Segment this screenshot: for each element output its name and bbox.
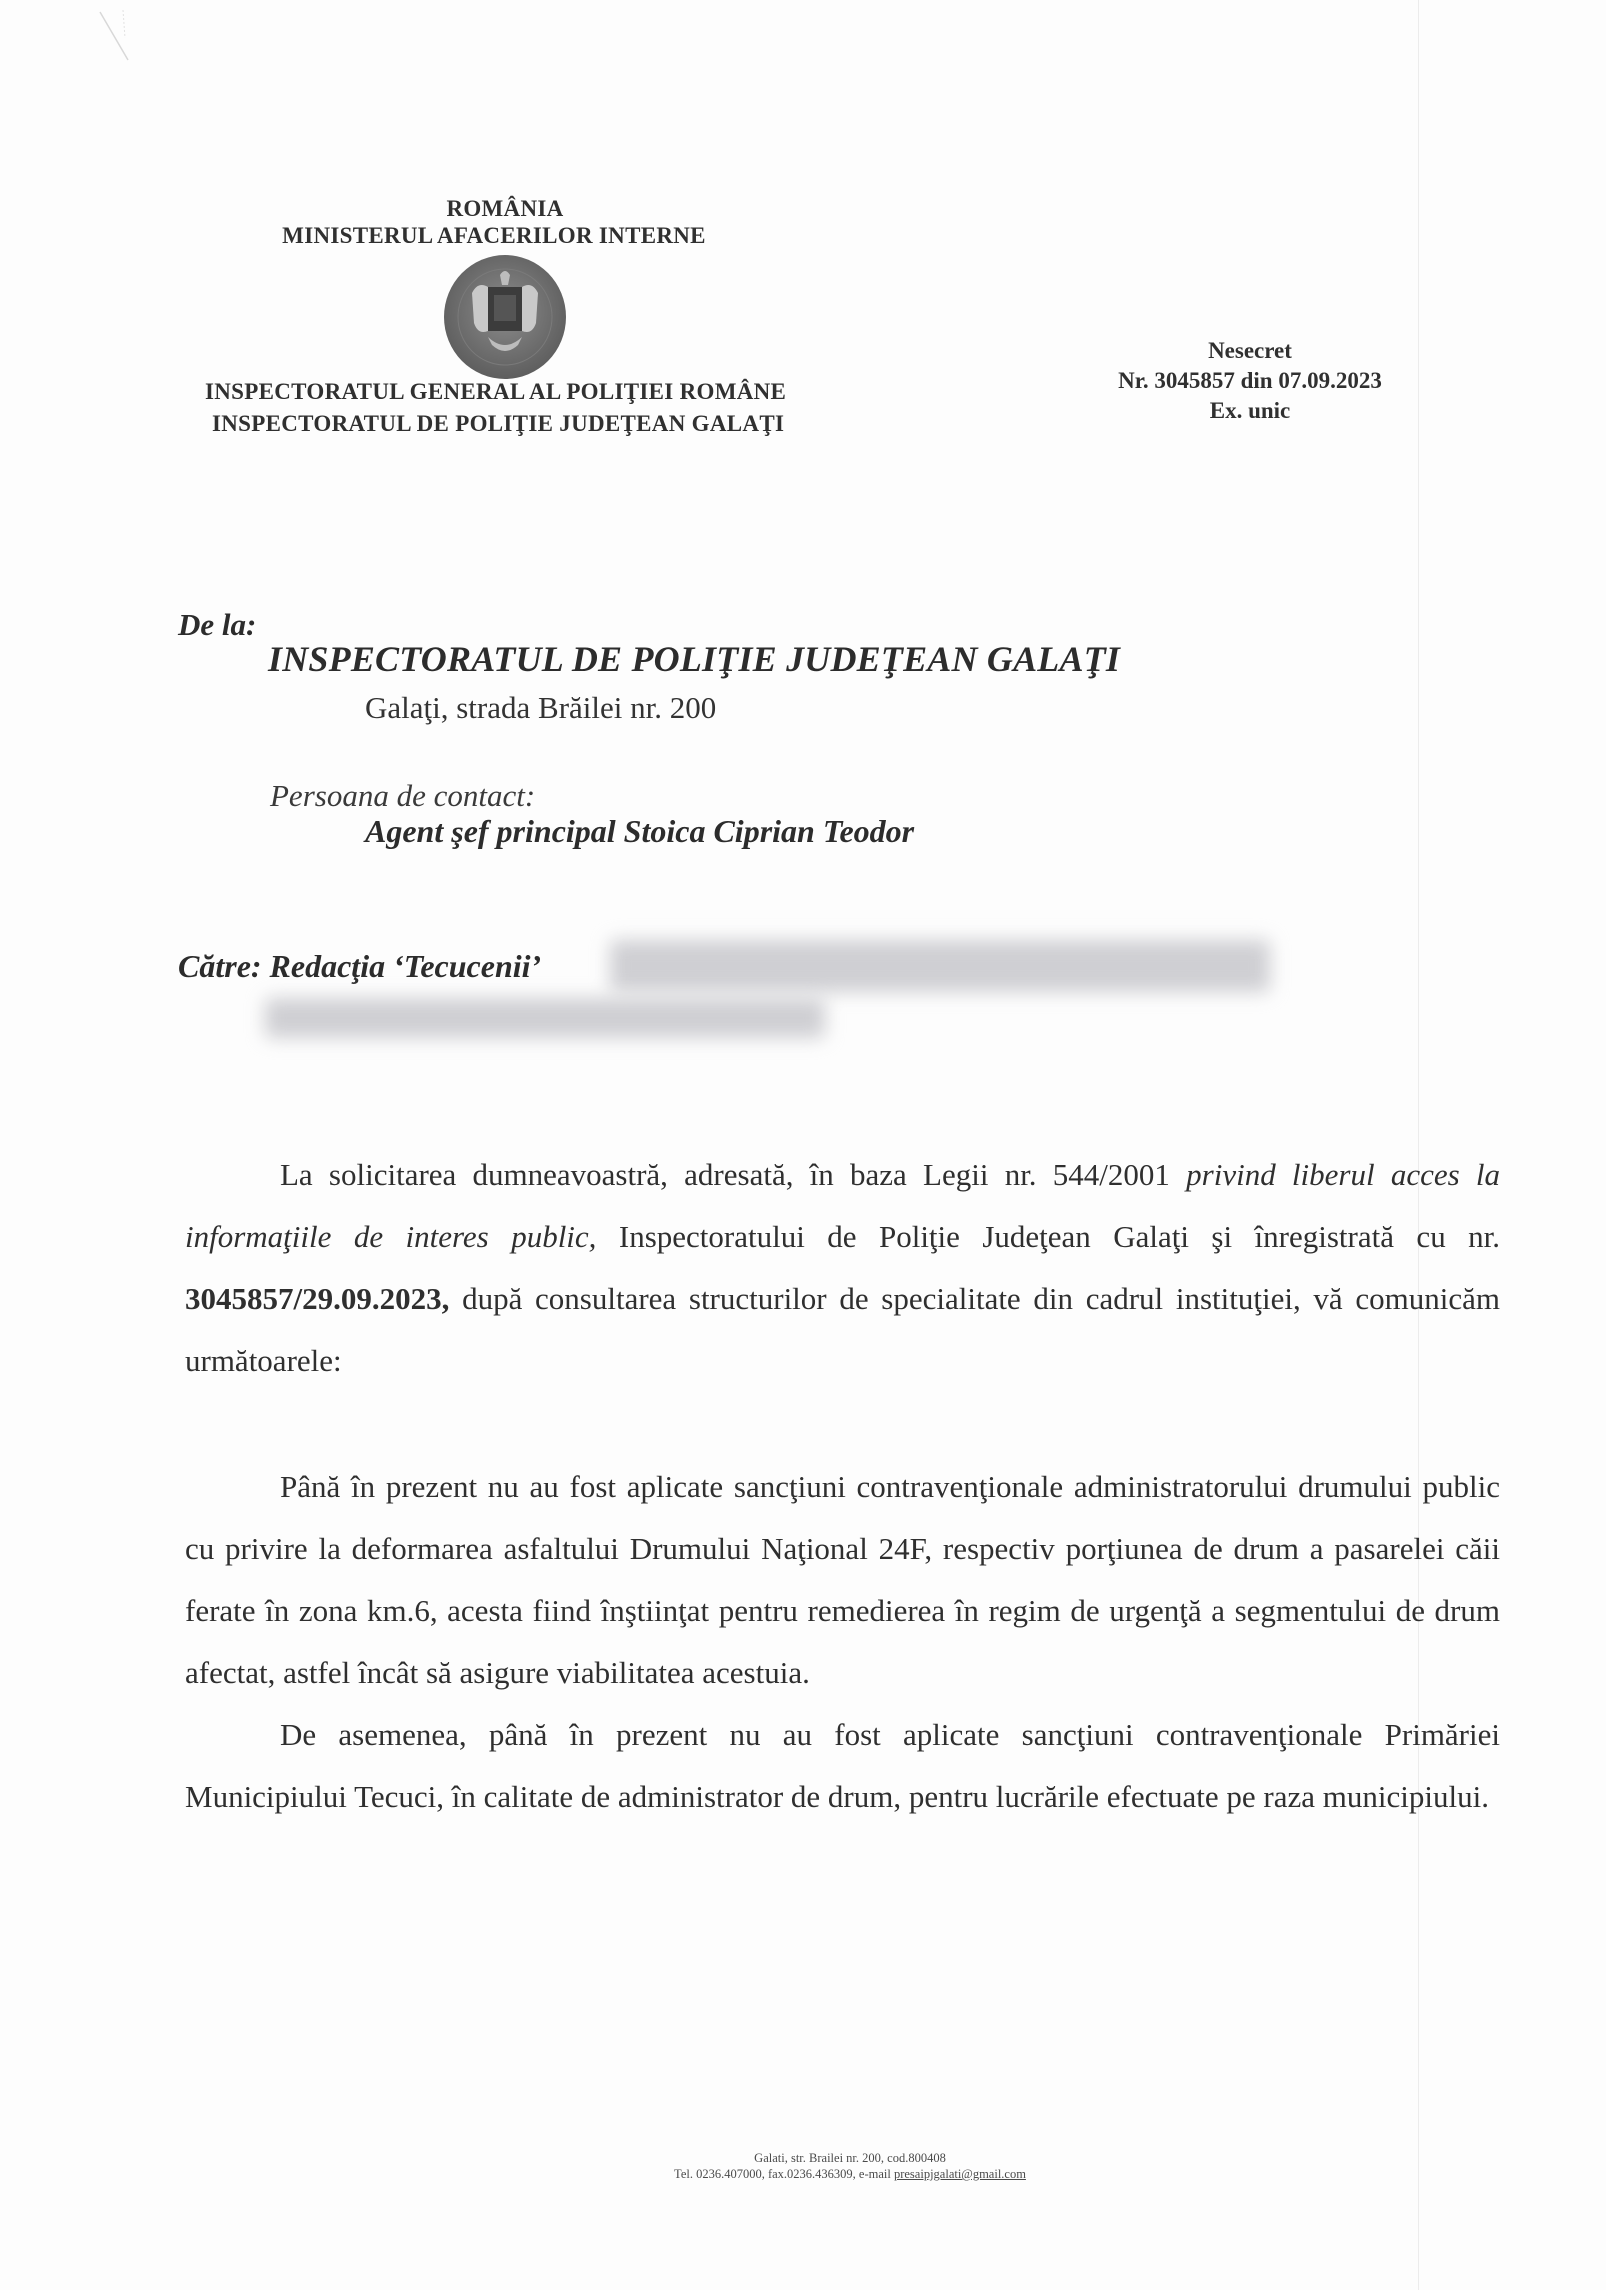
contact-name: Agent şef principal Stoica Ciprian Teodo…: [365, 813, 914, 850]
ministry-coat-of-arms-icon: [442, 253, 568, 381]
sender-label: De la:: [178, 607, 256, 643]
header-ministry: MINISTERUL AFACERILOR INTERNE: [282, 223, 706, 249]
sender-organization: INSPECTORATUL DE POLIŢIE JUDEŢEAN GALAŢI: [268, 638, 1120, 680]
paragraph-dn24f: Până în prezent nu au fost aplicate sanc…: [185, 1456, 1500, 1704]
redacted-recipient-email: [265, 998, 825, 1038]
classification-level: Nesecret: [1118, 336, 1382, 366]
letter-body: La solicitarea dumneavoastră, adresată, …: [185, 1144, 1500, 1828]
registration-number: 3045857/29.09.2023,: [185, 1281, 449, 1316]
header-country: ROMÂNIA: [446, 196, 563, 222]
copy-count: Ex. unic: [1118, 396, 1382, 426]
document-number: Nr. 3045857 din 07.09.2023: [1118, 366, 1382, 396]
footer-address: Galati, str. Brailei nr. 200, cod.800408: [674, 2150, 1026, 2166]
header-org-line-2: INSPECTORATUL DE POLIŢIE JUDEŢEAN GALAŢI: [212, 411, 784, 437]
footer-email-link[interactable]: presaipjgalati@gmail.com: [894, 2167, 1026, 2181]
sender-address: Galaţi, strada Brăilei nr. 200: [365, 690, 716, 726]
paragraph-tecuci: De asemenea, până în prezent nu au fost …: [185, 1704, 1500, 1828]
classification-block: Nesecret Nr. 3045857 din 07.09.2023 Ex. …: [1118, 336, 1382, 426]
recipient-line: Către: Redacţia ‘Tecucenii’: [178, 948, 541, 985]
contact-label: Persoana de contact:: [270, 778, 535, 814]
redacted-recipient-name: [610, 940, 1270, 992]
footer: Galati, str. Brailei nr. 200, cod.800408…: [674, 2150, 1026, 2182]
header-org-line-1: INSPECTORATUL GENERAL AL POLIŢIEI ROMÂNE: [205, 379, 786, 405]
pen-mark-icon: [98, 8, 138, 63]
paragraph-intro: La solicitarea dumneavoastră, adresată, …: [185, 1144, 1500, 1392]
footer-contact: Tel. 0236.407000, fax.0236.436309, e-mai…: [674, 2166, 1026, 2182]
